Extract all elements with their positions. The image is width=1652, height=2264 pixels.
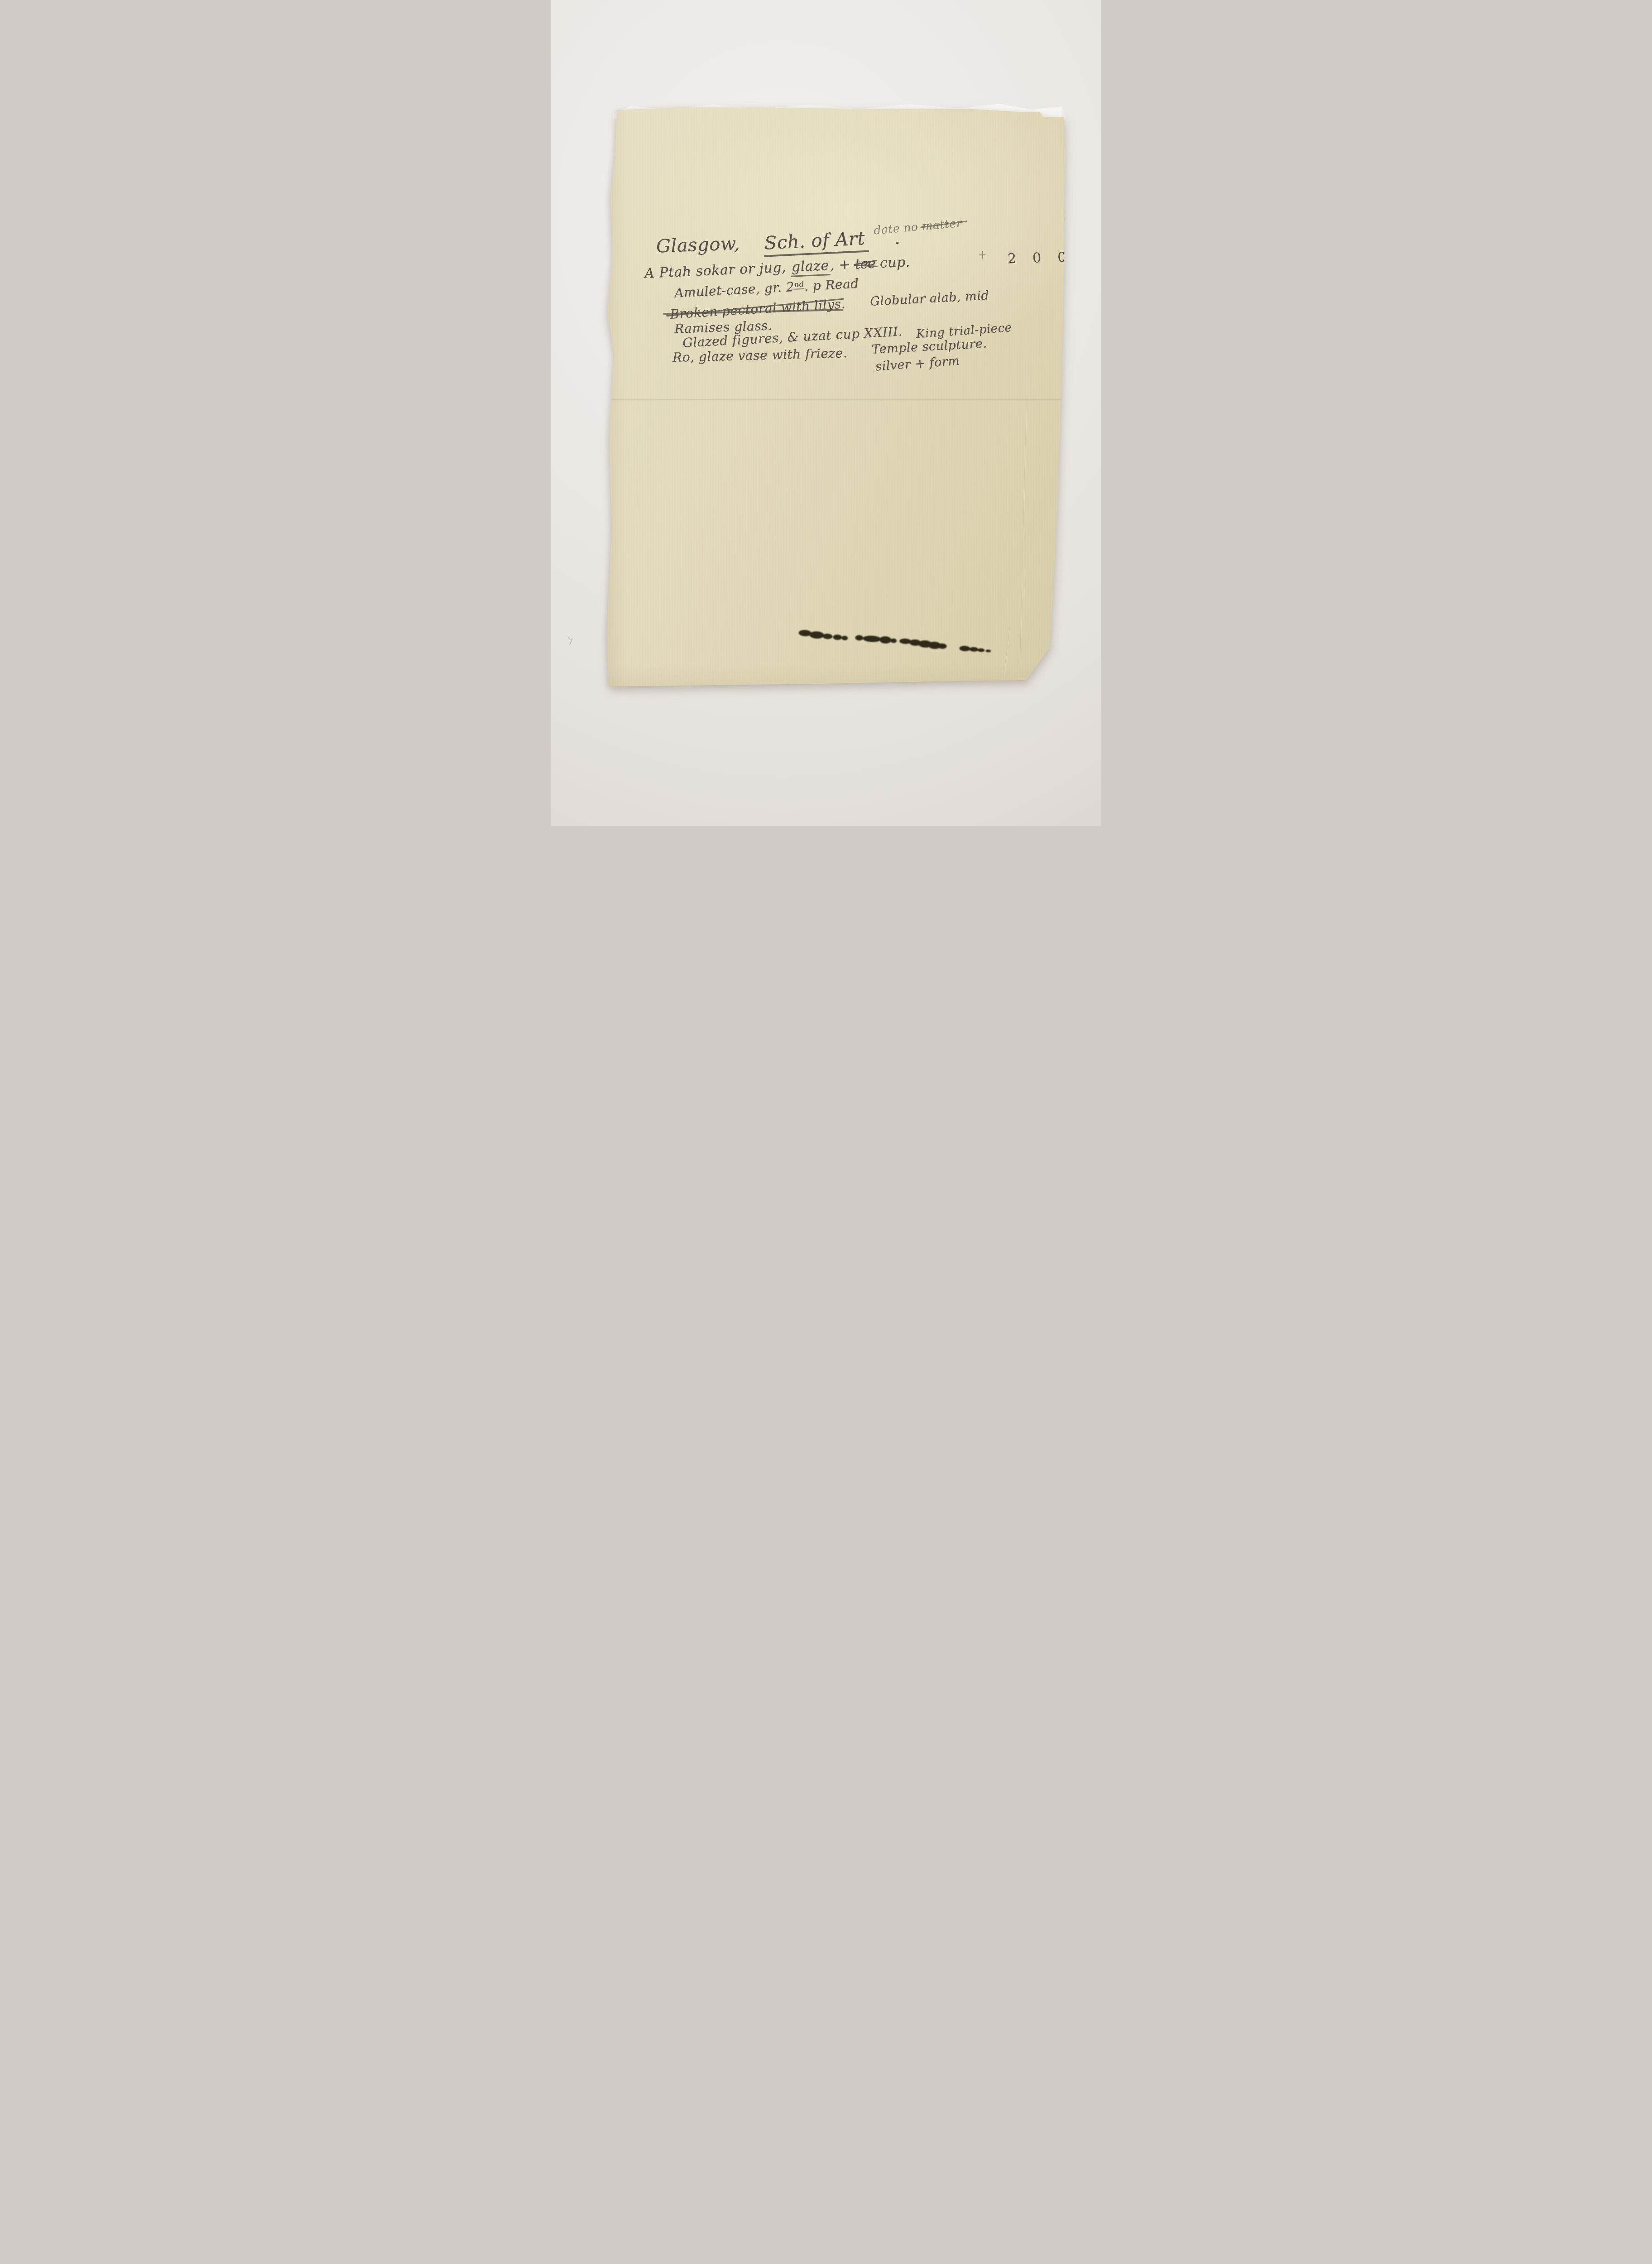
note-line-globular-alab: Globular alab, mid: [869, 288, 989, 309]
heading-institution: Sch. of Art: [763, 228, 869, 257]
ink-smear: [796, 624, 1010, 660]
amulet-lead: Amulet-case, gr. 2: [674, 279, 794, 301]
note-heading: Glasgow, Sch. of Art .: [656, 228, 901, 260]
paper-wrap: Glasgow, Sch. of Art . date no matter + …: [604, 107, 1066, 687]
note-line-temple-sculpture: Temple sculpture.: [871, 336, 987, 356]
line-a-lead: A Ptah sokar or jug,: [644, 259, 791, 282]
line-a-tail: cup.: [875, 254, 910, 271]
annotation-date-no-matter: date no matter: [873, 216, 962, 237]
line-a-glaze: glaze: [790, 258, 830, 277]
note-paper: Glasgow, Sch. of Art . date no matter + …: [604, 107, 1066, 687]
fold-crease-horizontal: [604, 399, 1066, 400]
broken-struck-text: Broken pectoral with lilys: [669, 297, 841, 322]
heading-city: Glasgow,: [656, 233, 740, 257]
photo-background: Glasgow, Sch. of Art . date no matter + …: [551, 0, 1101, 826]
line-a-crossed-word: tee: [855, 256, 875, 273]
amulet-tail: . p Read: [804, 276, 859, 293]
catalogue-number: 200: [1008, 249, 1083, 267]
line-a-mid: , +: [830, 257, 855, 273]
fold-crease-vertical: [1020, 399, 1027, 665]
background-smudge: [566, 635, 578, 647]
annotation-struck-word: matter: [921, 216, 962, 233]
annotation-prefix: date no: [873, 220, 922, 237]
note-line-silver-form: silver + form: [875, 354, 960, 374]
amulet-superscript: nd: [794, 280, 804, 290]
annotation-plus-mark: +: [978, 248, 988, 262]
